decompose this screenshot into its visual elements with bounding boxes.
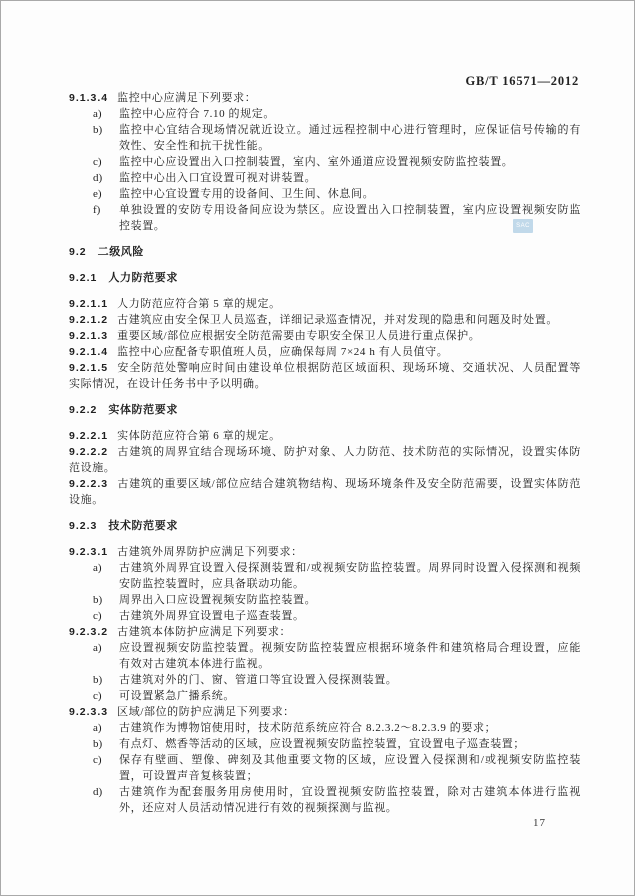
list-item: c)可设置紧急广播系统。 [69, 688, 581, 704]
list-item: a)监控中心应符合 7.10 的规定。 [69, 106, 581, 122]
list-item-letter: b) [93, 672, 102, 688]
heading-title: 二级风险 [98, 246, 144, 258]
list-item: f)单独设置的安防专用设备间应设为禁区。应设置出入口控制装置，室内应设置视频安防… [69, 202, 581, 234]
clause-paragraph: 9.2.1.1人力防范应符合第 5 章的规定。 [69, 296, 581, 312]
clause-paragraph: 9.2.1.4监控中心应配备专职值班人员，应确保每周 7×24 h 有人员值守。 [69, 344, 581, 360]
heading-title: 实体防范要求 [108, 404, 178, 416]
clause-text: 重要区域/部位应根据安全防范需要由专职安全保卫人员进行重点保护。 [117, 330, 480, 342]
page-number: 17 [533, 817, 546, 829]
list-item-text: 古建筑作为博物馆使用时，技术防范系统应符合 8.2.3.2～8.2.3.9 的要… [119, 722, 496, 734]
clause-paragraph: 9.2.3.3区域/部位的防护应满足下列要求： [69, 704, 581, 720]
list-item-text: 监控中心应符合 7.10 的规定。 [119, 108, 275, 120]
document-page: GB/T 16571—2012 SAC 9.1.3.4监控中心应满足下列要求：a… [0, 0, 635, 896]
list-item-text: 可设置紧急广播系统。 [119, 690, 235, 702]
list-item-text: 应设置视频安防监控装置。视频安防监控装置应根据环境条件和建筑格局合理设置，应能有… [119, 642, 581, 670]
heading-title: 人力防范要求 [108, 272, 178, 284]
clause-number: 9.2.2.2 [69, 446, 108, 458]
list-item: a)古建筑作为博物馆使用时，技术防范系统应符合 8.2.3.2～8.2.3.9 … [69, 720, 581, 736]
clause-text: 古建筑的重要区域/部位应结合建筑物结构、现场环境条件及安全防范需要，设置实体防范… [69, 478, 581, 506]
list-item: b)有点灯、燃香等活动的区域，应设置视频安防监控装置，宜设置电子巡查装置； [69, 736, 581, 752]
list-item: b)古建筑对外的门、窗、管道口等宜设置入侵探测装置。 [69, 672, 581, 688]
clause-text: 实体防范应符合第 6 章的规定。 [117, 430, 281, 442]
heading-title: 技术防范要求 [108, 520, 178, 532]
section-heading: 9.2.2实体防范要求 [69, 402, 581, 418]
list-item: a)古建筑外周界宜设置入侵探测装置和/或视频安防监控装置。周界同时设置入侵探测和… [69, 560, 581, 592]
section-heading: 9.2.3技术防范要求 [69, 518, 581, 534]
list-item-text: 古建筑作为配套服务用房使用时，宜设置视频安防监控装置，除对古建筑本体进行监视外，… [119, 786, 581, 814]
list-item-text: 监控中心应设置出入口控制装置，室内、室外通道应设置视频安防监控装置。 [119, 156, 513, 168]
list-item-text: 有点灯、燃香等活动的区域，应设置视频安防监控装置，宜设置电子巡查装置； [119, 738, 525, 750]
clause-number: 9.2.2.1 [69, 430, 108, 442]
list-item-letter: f) [93, 202, 100, 218]
document-body: 9.1.3.4监控中心应满足下列要求：a)监控中心应符合 7.10 的规定。b)… [69, 90, 581, 816]
clause-text: 人力防范应符合第 5 章的规定。 [117, 298, 281, 310]
clause-paragraph: 9.2.3.2古建筑本体防护应满足下列要求： [69, 624, 581, 640]
clause-number: 9.2.1.3 [69, 330, 108, 342]
clause-number: 9.2.2.3 [69, 478, 108, 490]
heading-number: 9.2.3 [69, 520, 97, 532]
clause-paragraph: 9.2.1.3重要区域/部位应根据安全防范需要由专职安全保卫人员进行重点保护。 [69, 328, 581, 344]
list-item: a)应设置视频安防监控装置。视频安防监控装置应根据环境条件和建筑格局合理设置，应… [69, 640, 581, 672]
list-item-text: 监控中心宜结合现场情况就近设立。通过远程控制中心进行管理时，应保证信号传输的有效… [119, 124, 581, 152]
clause-paragraph: 9.2.2.3古建筑的重要区域/部位应结合建筑物结构、现场环境条件及安全防范需要… [69, 476, 581, 508]
clause-number: 9.2.3.2 [69, 626, 108, 638]
list-item-letter: c) [93, 608, 102, 624]
list-item-text: 单独设置的安防专用设备间应设为禁区。应设置出入口控制装置，室内应设置视频安防监控… [119, 204, 581, 232]
list-item-text: 周界出入口应设置视频安防监控装置。 [119, 594, 316, 606]
list-item: b)监控中心宜结合现场情况就近设立。通过远程控制中心进行管理时，应保证信号传输的… [69, 122, 581, 154]
list-item: c)保存有壁画、塑像、碑刻及其他重要文物的区域，应设置入侵探测和/或视频安防监控… [69, 752, 581, 784]
list-item-letter: d) [93, 170, 102, 186]
list-item-letter: a) [93, 640, 102, 656]
clause-number: 9.2.1.2 [69, 314, 108, 326]
clause-number: 9.2.3.3 [69, 706, 108, 718]
list-item-letter: a) [93, 560, 102, 576]
list-item-letter: c) [93, 688, 102, 704]
heading-number: 9.2 [69, 246, 87, 258]
heading-number: 9.2.1 [69, 272, 97, 284]
list-item: d)古建筑作为配套服务用房使用时，宜设置视频安防监控装置，除对古建筑本体进行监视… [69, 784, 581, 816]
clause-text: 古建筑外周界防护应满足下列要求： [117, 546, 303, 558]
clause-text: 监控中心应配备专职值班人员，应确保每周 7×24 h 有人员值守。 [117, 346, 448, 358]
clause-number: 9.2.1.5 [69, 362, 108, 374]
clause-number: 9.2.1.1 [69, 298, 108, 310]
clause-paragraph: 9.2.1.2古建筑应由安全保卫人员巡查，详细记录巡查情况，并对发现的隐患和问题… [69, 312, 581, 328]
list-item: b)周界出入口应设置视频安防监控装置。 [69, 592, 581, 608]
list-item-letter: c) [93, 752, 102, 768]
heading-number: 9.2.2 [69, 404, 97, 416]
list-item-text: 古建筑外周界宜设置入侵探测装置和/或视频安防监控装置。周界同时设置入侵探测和视频… [119, 562, 581, 590]
section-heading: 9.2.1人力防范要求 [69, 270, 581, 286]
list-item-letter: a) [93, 720, 102, 736]
list-item-letter: b) [93, 736, 102, 752]
clause-number: 9.1.3.4 [69, 92, 108, 104]
list-item-text: 监控中心宜设置专用的设备间、卫生间、休息间。 [119, 188, 374, 200]
clause-text: 古建筑本体防护应满足下列要求： [117, 626, 291, 638]
clause-text: 古建筑应由安全保卫人员巡查，详细记录巡查情况，并对发现的隐患和问题及时处置。 [117, 314, 558, 326]
list-item-letter: b) [93, 122, 102, 138]
clause-number: 9.2.1.4 [69, 346, 108, 358]
clause-paragraph: 9.2.2.1实体防范应符合第 6 章的规定。 [69, 428, 581, 444]
list-item-letter: e) [93, 186, 102, 202]
list-item-text: 保存有壁画、塑像、碑刻及其他重要文物的区域，应设置入侵探测和/或视频安防监控装置… [119, 754, 581, 782]
list-item: c)监控中心应设置出入口控制装置，室内、室外通道应设置视频安防监控装置。 [69, 154, 581, 170]
list-item: c)古建筑外周界宜设置电子巡查装置。 [69, 608, 581, 624]
clause-paragraph: 9.2.3.1古建筑外周界防护应满足下列要求： [69, 544, 581, 560]
clause-text: 区域/部位的防护应满足下列要求： [117, 706, 295, 718]
clause-text: 监控中心应满足下列要求： [117, 92, 256, 104]
clause-paragraph: 9.1.3.4监控中心应满足下列要求： [69, 90, 581, 106]
clause-number: 9.2.3.1 [69, 546, 108, 558]
clause-paragraph: 9.2.2.2古建筑的周界宜结合现场环境、防护对象、人力防范、技术防范的实际情况… [69, 444, 581, 476]
list-item: d)监控中心出入口宜设置可视对讲装置。 [69, 170, 581, 186]
clause-text: 安全防范处警响应时间由建设单位根据防范区域面积、现场环境、交通状况、人员配置等实… [69, 362, 581, 390]
list-item-letter: a) [93, 106, 102, 122]
list-item: e)监控中心宜设置专用的设备间、卫生间、休息间。 [69, 186, 581, 202]
list-item-text: 监控中心出入口宜设置可视对讲装置。 [119, 172, 316, 184]
list-item-letter: b) [93, 592, 102, 608]
list-item-letter: c) [93, 154, 102, 170]
clause-paragraph: 9.2.1.5安全防范处警响应时间由建设单位根据防范区域面积、现场环境、交通状况… [69, 360, 581, 392]
list-item-text: 古建筑对外的门、窗、管道口等宜设置入侵探测装置。 [119, 674, 397, 686]
clause-text: 古建筑的周界宜结合现场环境、防护对象、人力防范、技术防范的实际情况，设置实体防范… [69, 446, 581, 474]
section-heading: 9.2二级风险 [69, 244, 581, 260]
list-item-text: 古建筑外周界宜设置电子巡查装置。 [119, 610, 305, 622]
running-header-standard-number: GB/T 16571—2012 [465, 74, 579, 89]
list-item-letter: d) [93, 784, 102, 800]
